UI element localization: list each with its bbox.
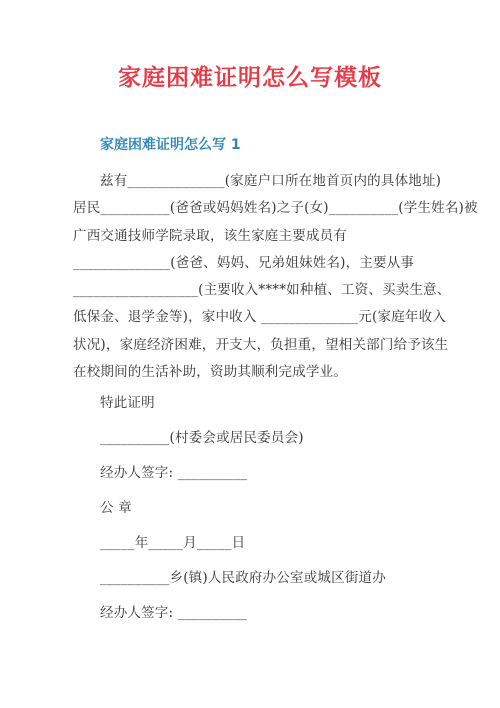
body-line-school: 广西交通技师学院录取，该生家庭主要成员有 (73, 223, 445, 250)
body-line-address: 兹有______________(家庭户口所在地首页内的具体地址) (73, 168, 445, 195)
section-heading: 家庭困难证明怎么写 1 (73, 135, 445, 155)
government-office-line: __________乡(镇)人民政府办公室或城区街道办 (73, 565, 445, 592)
document-closing: 特此证明 __________(村委会或居民委员会) 经办人签字: ______… (73, 390, 445, 627)
date-line: _____年_____月_____日 (73, 530, 445, 557)
document-body: 兹有______________(家庭户口所在地首页内的具体地址) 居民____… (73, 168, 445, 386)
official-seal-label: 公 章 (73, 495, 445, 522)
body-line-resident: 居民__________(爸爸或妈妈姓名)之子(女)__________(学生姓… (73, 195, 445, 222)
document-title: 家庭困难证明怎么写模板 (0, 62, 500, 94)
body-line-family: ______________(爸爸、妈妈、兄弟姐妹姓名)，主要从事 (73, 250, 445, 277)
handler-signature-line-2: 经办人签字: __________ (73, 600, 445, 627)
closing-statement: 特此证明 (73, 390, 445, 417)
body-line-hardship: 状况)，家庭经济困难，开支大，负担重，望相关部门给予该生 (73, 332, 445, 359)
body-line-subsidy: 在校期间的生活补助，资助其顺利完成学业。 (73, 359, 445, 386)
document-page: 家庭困难证明怎么写模板 家庭困难证明怎么写 1 兹有______________… (0, 0, 500, 708)
body-line-occupation: __________________(主要收入****如种植、工资、买卖生意、 (73, 277, 445, 304)
committee-line: __________(村委会或居民委员会) (73, 425, 445, 452)
body-line-income: 低保金、退学金等)，家中收入 ______________元(家庭年收入 (73, 304, 445, 331)
handler-signature-line-1: 经办人签字: __________ (73, 460, 445, 487)
